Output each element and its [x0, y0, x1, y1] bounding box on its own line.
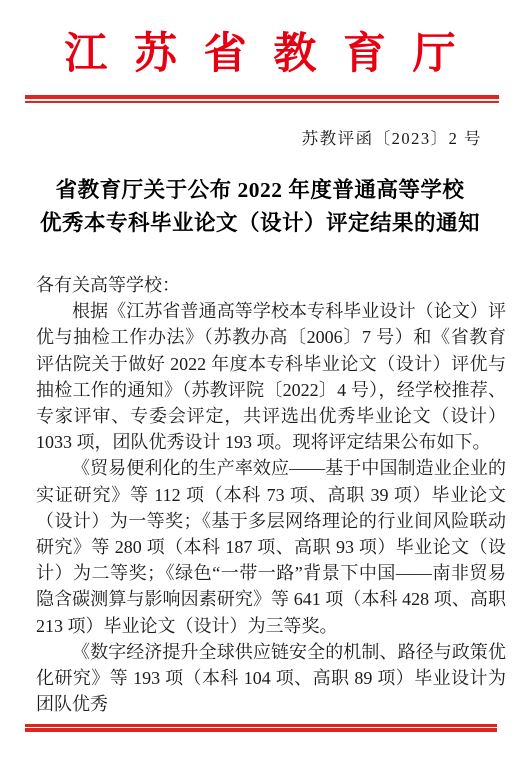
header-rule-thick-bar	[25, 95, 499, 99]
document-page: 江苏省教育厅 苏教评函〔2023〕2 号 省教育厅关于公布 2022 年度普通高…	[0, 0, 520, 775]
document-title-line1: 省教育厅关于公布 2022 年度普通高等学校	[0, 174, 520, 207]
document-title: 省教育厅关于公布 2022 年度普通高等学校 优秀本专科毕业论文（设计）评定结果…	[0, 174, 520, 240]
paragraph-basis: 根据《江苏省普通高等学校本专科毕业设计（论文）评优与抽检工作办法》（苏教办高〔2…	[36, 298, 506, 455]
letterhead-org-name: 江苏省教育厅	[0, 28, 520, 82]
header-double-rule	[25, 95, 499, 103]
document-title-line2: 优秀本专科毕业论文（设计）评定结果的通知	[0, 207, 520, 240]
footer-rule-thick-bar	[25, 728, 497, 732]
footer-rule-thin-bar	[25, 724, 497, 727]
paragraph-award-results: 《贸易便利化的生产率效应——基于中国制造业企业的实证研究》等 112 项（本科 …	[36, 455, 506, 638]
paragraph-team-awards: 《数字经济提升全球供应链安全的机制、路径与政策优化研究》等 193 项（本科 1…	[36, 639, 506, 718]
salutation: 各有关高等学校：	[36, 272, 506, 298]
header-rule-thin-bar	[25, 101, 499, 103]
document-body: 各有关高等学校： 根据《江苏省普通高等学校本专科毕业设计（论文）评优与抽检工作办…	[36, 272, 506, 717]
footer-double-rule	[25, 724, 497, 732]
document-reference-number: 苏教评函〔2023〕2 号	[302, 125, 482, 149]
